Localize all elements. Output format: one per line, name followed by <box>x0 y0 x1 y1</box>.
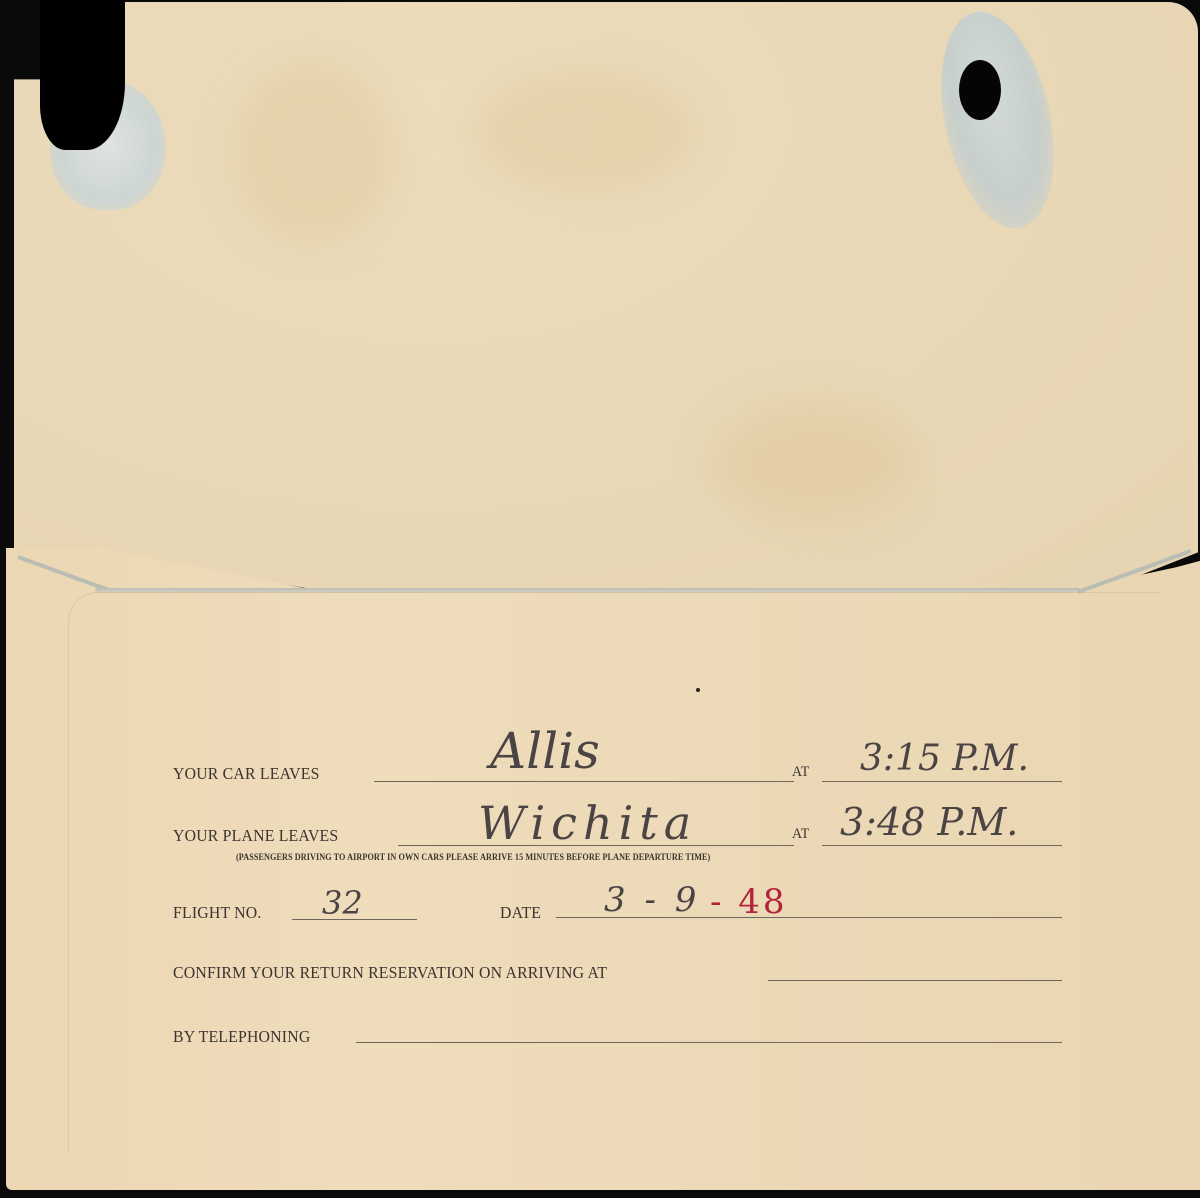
plane-location-value[interactable]: Wichita <box>478 796 697 850</box>
plane-at-label: AT <box>792 826 809 843</box>
paper-stain <box>714 402 914 522</box>
car-location-value[interactable]: Allis <box>490 722 600 780</box>
flight-no-label: FLIGHT NO. <box>173 903 262 923</box>
date-label: DATE <box>500 903 541 923</box>
flight-no-value[interactable]: 32 <box>322 884 363 922</box>
paper-stain <box>234 62 394 242</box>
paper-stain <box>474 72 694 192</box>
telephoning-line[interactable] <box>356 1042 1062 1043</box>
hole-shadow <box>959 60 1001 120</box>
torn-hole-right <box>945 10 1055 240</box>
car-leaves-label: YOUR CAR LEAVES <box>173 764 320 784</box>
ink-speck <box>696 688 700 692</box>
car-at-label: AT <box>792 764 809 781</box>
torn-hole-left <box>40 0 170 215</box>
telephoning-label: BY TELEPHONING <box>173 1027 310 1047</box>
date-value-year[interactable]: - 48 <box>710 882 788 922</box>
confirm-return-line[interactable] <box>768 980 1062 981</box>
date-value-month-day[interactable]: 3 - 9 <box>604 880 700 920</box>
torn-edge <box>923 1 1071 238</box>
hole-shadow <box>40 0 125 150</box>
car-location-line <box>374 781 794 782</box>
car-time-line <box>822 781 1062 782</box>
arrival-note: (PASSENGERS DRIVING TO AIRPORT IN OWN CA… <box>236 853 710 863</box>
plane-leaves-label: YOUR PLANE LEAVES <box>173 826 338 846</box>
car-time-value[interactable]: 3:15 P.M. <box>860 738 1029 779</box>
plane-time-line <box>822 845 1062 846</box>
form-card <box>68 592 1159 1153</box>
plane-time-value[interactable]: 3:48 P.M. <box>840 800 1018 844</box>
confirm-return-label: CONFIRM YOUR RETURN RESERVATION ON ARRIV… <box>173 963 607 983</box>
